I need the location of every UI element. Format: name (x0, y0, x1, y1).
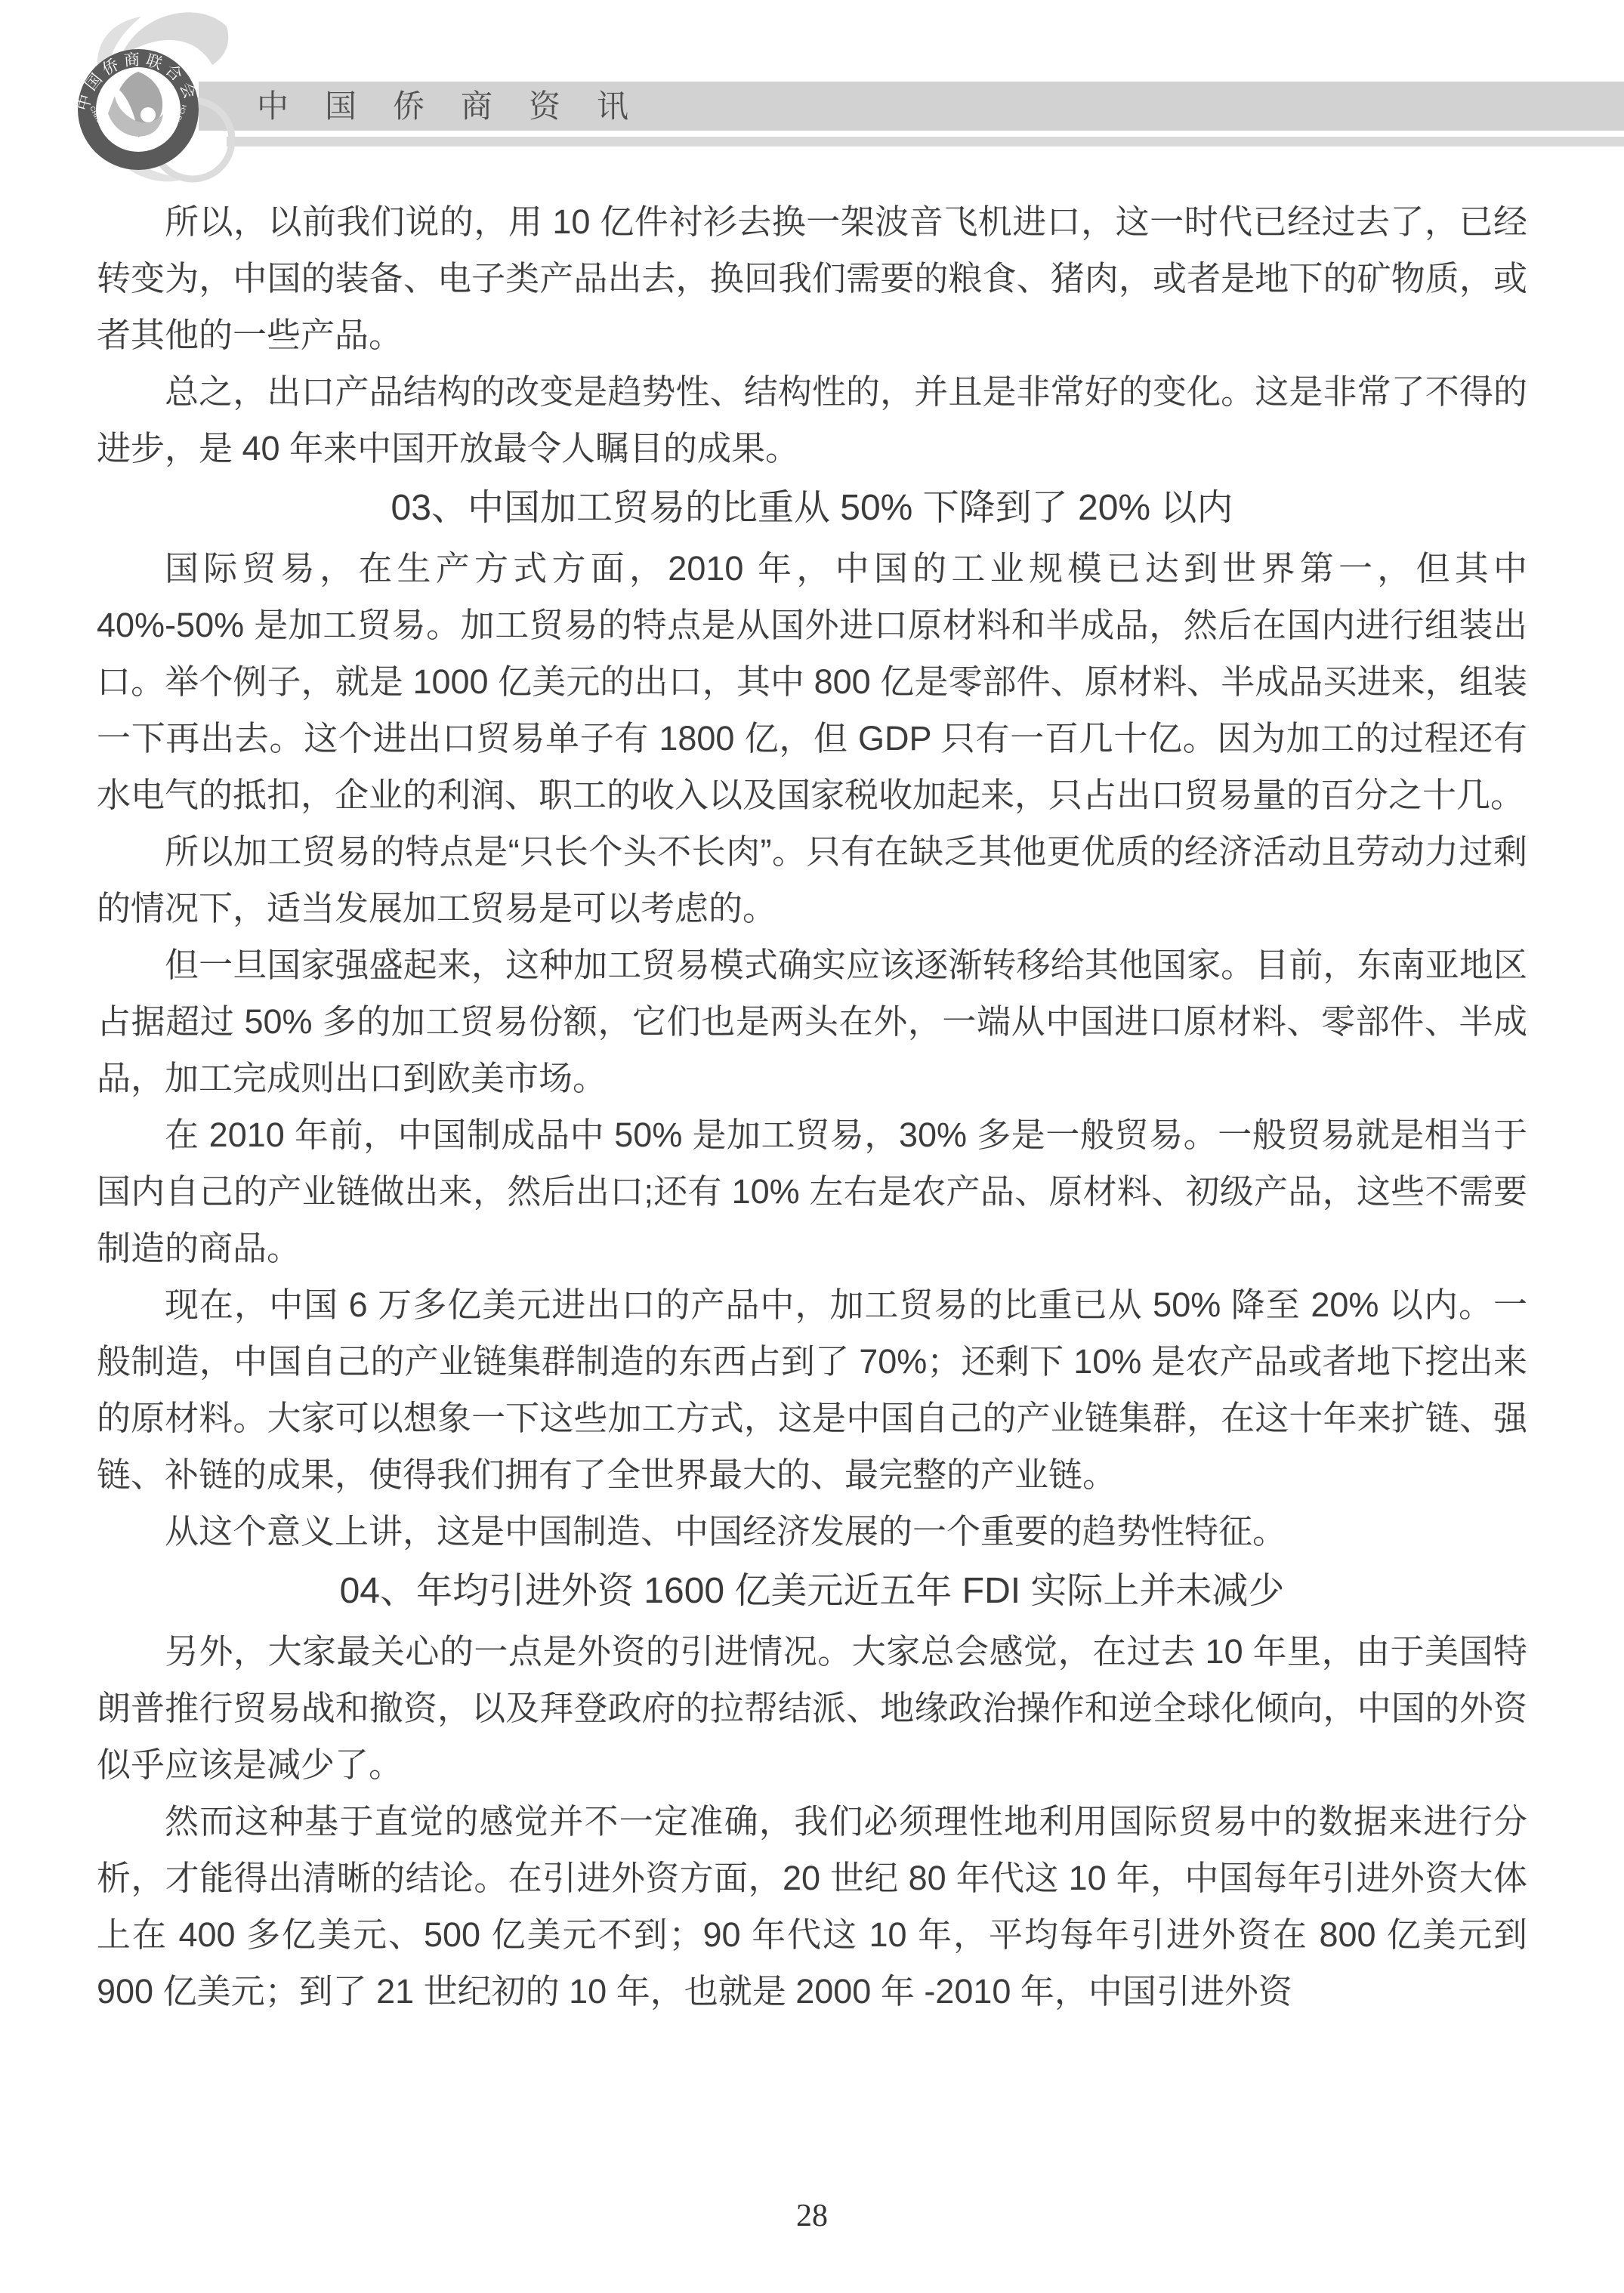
page-number: 28 (0, 2198, 1624, 2234)
paragraph: 所以，以前我们说的，用 10 亿件衬衫去换一架波音飞机进口，这一时代已经过去了，… (97, 193, 1527, 363)
organization-logo: 中国侨商联合会 CHINA FEDERATION OF OVERSEAS CHI… (42, 0, 245, 196)
paragraph: 现在，中国 6 万多亿美元进出口的产品中，加工贸易的比重已从 50% 降至 20… (97, 1276, 1527, 1503)
logo-seal-icon: 中国侨商联合会 CHINA FEDERATION OF OVERSEAS CHI… (42, 0, 245, 196)
section-heading-03: 03、中国加工贸易的比重从 50% 下降到了 20% 以内 (97, 477, 1527, 540)
paragraph: 所以加工贸易的特点是“只长个头不长肉”。只有在缺乏其他更优质的经济活动且劳动力过… (97, 823, 1527, 937)
paragraph: 从这个意义上讲，这是中国制造、中国经济发展的一个重要的趋势性特征。 (97, 1503, 1527, 1560)
paragraph: 在 2010 年前，中国制成品中 50% 是加工贸易，30% 多是一般贸易。一般… (97, 1106, 1527, 1276)
document-page: 中国侨商资讯 中国侨商联合会 CHINA FEDERATION OF OVERS… (0, 0, 1624, 2293)
article-body: 所以，以前我们说的，用 10 亿件衬衫去换一架波音飞机进口，这一时代已经过去了，… (97, 193, 1527, 2020)
paragraph: 但一旦国家强盛起来，这种加工贸易模式确实应该逐渐转移给其他国家。目前，东南亚地区… (97, 937, 1527, 1106)
paragraph: 然而这种基于直觉的感觉并不一定准确，我们必须理性地利用国际贸易中的数据来进行分析… (97, 1793, 1527, 2020)
logo-emblem-hole (140, 107, 156, 122)
paragraph: 国际贸易，在生产方式方面，2010 年，中国的工业规模已达到世界第一，但其中 4… (97, 540, 1527, 823)
paragraph: 总之，出口产品结构的改变是趋势性、结构性的，并且是非常好的变化。这是非常了不得的… (97, 363, 1527, 477)
section-heading-04: 04、年均引进外资 1600 亿美元近五年 FDI 实际上并未减少 (97, 1560, 1527, 1623)
publication-title: 中国侨商资讯 (257, 82, 665, 131)
header-banner-thin-bar (227, 137, 1624, 147)
paragraph: 另外，大家最关心的一点是外资的引进情况。大家总会感觉，在过去 10 年里，由于美… (97, 1623, 1527, 1793)
